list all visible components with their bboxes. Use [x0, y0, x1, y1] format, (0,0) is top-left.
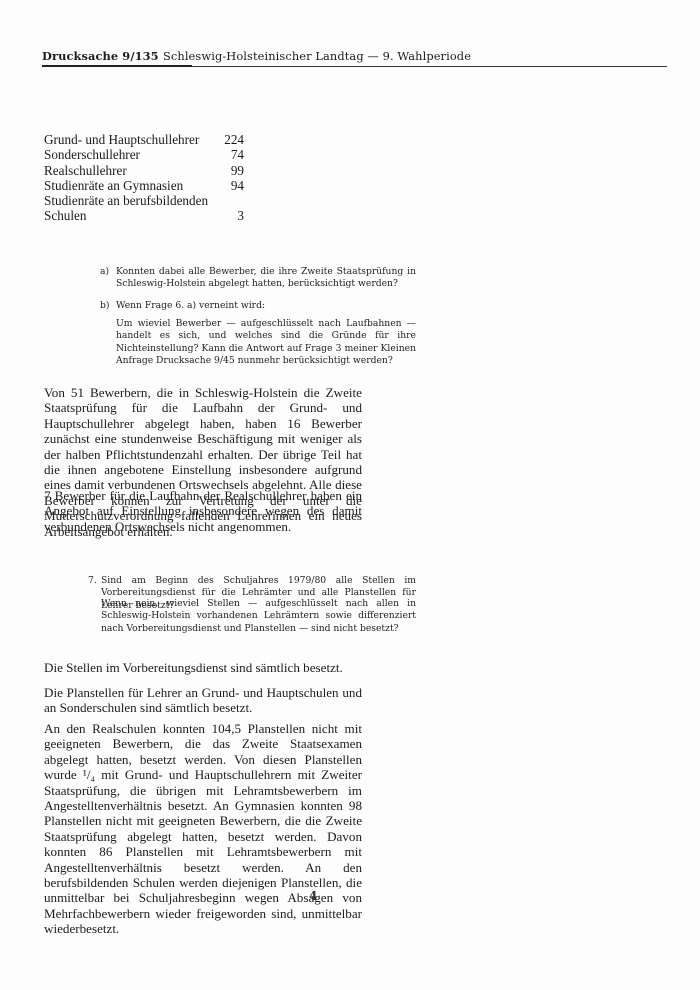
row-value: 3	[214, 208, 244, 223]
row-value: 99	[214, 163, 244, 178]
page-number: 4	[309, 889, 317, 903]
table-row: Grund- und Hauptschullehrer 224	[44, 132, 244, 147]
table-row: Realschullehrer 99	[44, 163, 244, 178]
teacher-count-table: Grund- und Hauptschullehrer 224 Sondersc…	[44, 132, 244, 224]
header-title: Schleswig-Holsteinischer Landtag — 9. Wa…	[163, 49, 471, 63]
table-row: Studienräte an Gymnasien 94	[44, 178, 244, 193]
row-value: 224	[214, 132, 244, 147]
question-text: Wenn Frage 6. a) verneint wird:	[116, 300, 416, 312]
page-header: Drucksache 9/135 Schleswig-Holsteinische…	[42, 49, 667, 65]
question-marker: b)	[100, 300, 116, 312]
answer-6-paragraph-2: 7 Bewerber für die Laufbahn der Realschu…	[44, 488, 362, 534]
table-row: Sonderschullehrer 74	[44, 147, 244, 162]
row-label: Sonderschullehrer	[44, 147, 140, 162]
document-page: Drucksache 9/135 Schleswig-Holsteinische…	[0, 0, 700, 990]
question-marker: a)	[100, 266, 116, 291]
question-6a: a) Konnten dabei alle Bewerber, die ihre…	[100, 266, 416, 291]
table-row: Studienräte an berufsbildenden Schulen 3	[44, 193, 244, 224]
question-marker: 7.	[88, 575, 101, 612]
question-6b: b) Wenn Frage 6. a) verneint wird:	[100, 300, 416, 312]
row-value: 94	[214, 178, 244, 193]
question-text: Konnten dabei alle Bewerber, die ihre Zw…	[116, 266, 416, 291]
row-label: Studienräte an berufsbildenden Schulen	[44, 193, 214, 224]
answer-7-paragraph-3: An den Realschulen konnten 104,5 Planste…	[44, 721, 362, 937]
answer-7-paragraph-1: Die Stellen im Vorbereitungsdienst sind …	[44, 660, 362, 675]
row-label: Studienräte an Gymnasien	[44, 178, 183, 193]
row-value: 74	[214, 147, 244, 162]
document-number: Drucksache 9/135	[42, 49, 159, 63]
answer-7-paragraph-2: Die Planstellen für Lehrer an Grund- und…	[44, 685, 362, 716]
question-6b-body: Um wieviel Bewerber — aufgeschlüsselt na…	[116, 318, 416, 367]
question-7-body: Wenn nein, wieviel Stellen — aufgeschlüs…	[101, 598, 416, 635]
row-label: Grund- und Hauptschullehrer	[44, 132, 199, 147]
row-label: Realschullehrer	[44, 163, 127, 178]
header-rule-accent	[42, 65, 192, 67]
